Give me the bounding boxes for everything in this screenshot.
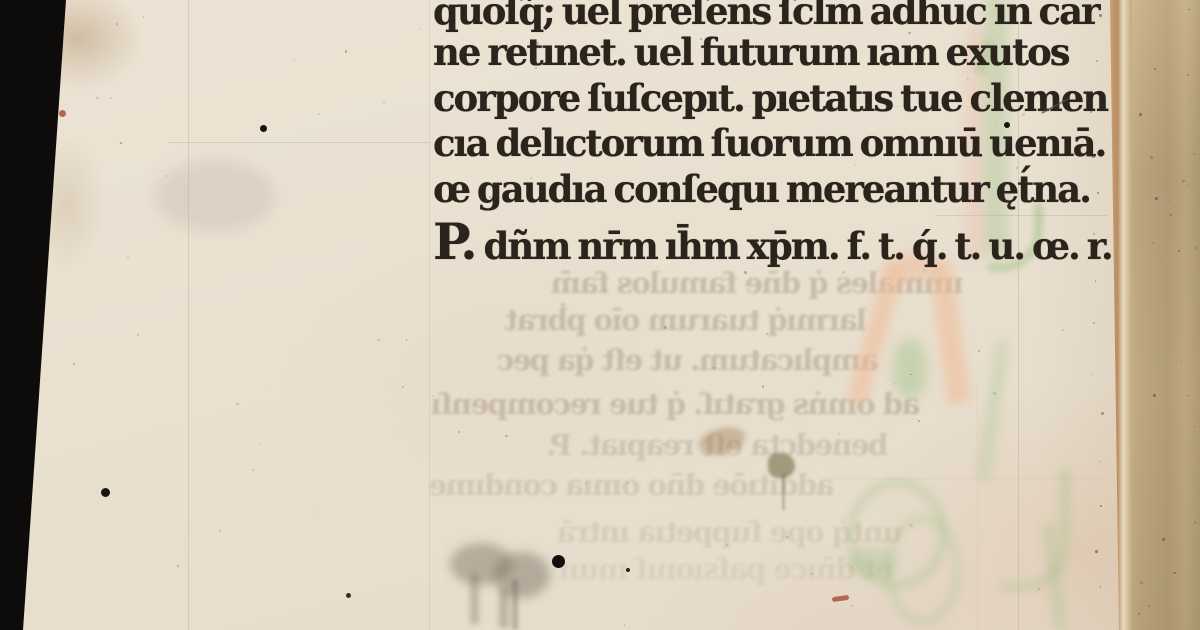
speck — [1193, 153, 1195, 155]
speck — [1173, 572, 1176, 575]
speck — [1154, 68, 1156, 70]
speck — [1196, 247, 1197, 248]
ink-dot — [101, 488, 110, 497]
speck — [270, 391, 271, 392]
speck — [1189, 100, 1190, 101]
speck — [1162, 538, 1165, 541]
speck — [993, 392, 996, 395]
speck — [1178, 250, 1180, 252]
speck — [1095, 550, 1098, 553]
showthrough-text-line: larmıq̇ tuarum oı̄o pḃrat — [506, 303, 867, 337]
speck — [73, 363, 75, 365]
speck — [1062, 329, 1064, 331]
speck — [414, 408, 415, 409]
speck — [116, 23, 118, 25]
ink-smudge — [494, 552, 550, 598]
speck — [1155, 197, 1158, 200]
speck — [166, 175, 168, 177]
showthrough-text-line: ad omṅs gratıſ. q̇ tue recompenſı — [432, 387, 920, 421]
parchment-page: ımmales q̇ dn̄e famulos fam̄ larmıq̇ tua… — [0, 0, 1200, 630]
speck — [1181, 360, 1182, 361]
speck — [1194, 426, 1196, 428]
speck — [1095, 280, 1097, 282]
speck — [137, 334, 139, 336]
showthrough-penwork-green-stroke — [1042, 524, 1067, 630]
speck — [143, 16, 144, 17]
showthrough-text-line: addıtıōe dn̄o omıa condıme — [430, 468, 834, 502]
speck — [252, 469, 254, 471]
speck — [314, 511, 315, 512]
speck — [1188, 185, 1189, 186]
speck — [1187, 395, 1189, 397]
speck — [219, 530, 221, 532]
speck — [851, 605, 853, 607]
speck — [624, 624, 626, 626]
showthrough-penwork-green-curl — [1000, 470, 1070, 592]
speck — [110, 97, 112, 99]
speck — [1188, 9, 1190, 11]
speck — [318, 113, 320, 115]
speck — [402, 386, 404, 388]
ruling-line-horizontal — [168, 142, 430, 143]
speck — [1100, 586, 1102, 588]
speck — [1169, 201, 1170, 202]
showthrough-text-line: et dn̄ıce paſsıonıſ mun — [560, 552, 893, 586]
speck — [1096, 60, 1098, 62]
speck — [1139, 113, 1142, 116]
ink-smudge-drip — [470, 574, 479, 624]
speck — [377, 339, 380, 342]
speck — [1100, 505, 1102, 507]
speck — [849, 590, 850, 591]
speck — [1099, 14, 1102, 17]
showthrough-text-line: amplıcatum. ut eſt q̇a pec — [498, 343, 879, 377]
speck — [1038, 588, 1040, 590]
speck — [96, 97, 99, 100]
text-line-5: œ gaudıa conſequı mereantur ęt́na. — [433, 168, 1090, 212]
speck — [1093, 322, 1095, 324]
ink-dot — [346, 593, 351, 598]
showthrough-text-line: untq̇ ope ſuppetıa ıntrā — [558, 515, 903, 549]
speck — [1161, 261, 1162, 262]
speck — [1150, 156, 1153, 159]
speck — [1101, 412, 1104, 415]
showthrough-text-line: benedcta eſt reapıat. P. — [548, 428, 888, 462]
speck — [1148, 605, 1150, 607]
speck — [1140, 581, 1143, 584]
speck — [910, 374, 911, 375]
speck — [406, 339, 408, 341]
ink-smudge-drip — [512, 580, 518, 630]
speck — [345, 50, 348, 53]
ink-smudge-drip — [499, 588, 509, 628]
speck — [910, 524, 913, 527]
ink-dot — [260, 125, 267, 132]
showthrough-frame-line — [977, 380, 978, 630]
speck — [1170, 214, 1172, 216]
speck — [1153, 242, 1154, 243]
book-fore-edge-pages — [1128, 0, 1200, 630]
speck — [505, 435, 507, 437]
speck — [1194, 521, 1196, 523]
speck — [1153, 394, 1156, 397]
speck — [294, 59, 296, 61]
fingerprint-smudge — [155, 160, 275, 232]
text-line-6-explicit: P. dñm nr̄m ıh̄m xp̄m. f. t. q́. t. u. œ… — [433, 213, 1112, 272]
speck — [1099, 461, 1101, 463]
speck — [1182, 180, 1185, 183]
speck — [1097, 192, 1099, 194]
speck — [120, 142, 122, 144]
text-line-3: corpore ſuſcepıt. pıetatıs tue clemen — [433, 77, 1107, 121]
red-pigment-mark — [832, 595, 850, 602]
speck — [419, 28, 421, 30]
speck — [1138, 613, 1140, 615]
text-line-2: ne retınet. uel futurum ıam exutos — [433, 31, 1069, 75]
speck — [978, 350, 980, 352]
red-pigment-speck — [59, 110, 66, 117]
speck — [1091, 374, 1093, 376]
ink-smudge — [450, 543, 512, 585]
text-line-1: quoſq́; uel preſens ſcl̄m adhuc ın car — [433, 0, 1099, 34]
speck — [127, 257, 128, 258]
ruling-line-vertical — [429, 0, 430, 630]
speck — [236, 403, 239, 406]
manuscript-photo: ımmales q̇ dn̄e famulos fam̄ larmıq̇ tua… — [0, 0, 1200, 630]
speck — [458, 431, 460, 433]
showthrough-penwork-green-stroke — [976, 338, 1010, 484]
showthrough-frame-line — [830, 478, 1102, 479]
speck — [795, 422, 797, 424]
speck — [259, 443, 260, 444]
speck — [1187, 74, 1189, 76]
speck — [423, 195, 425, 197]
speck — [177, 565, 180, 568]
speck — [893, 382, 895, 384]
speck — [383, 102, 384, 103]
text-line-4: cıa delıctorum ſuorum omnıū uenıā. — [433, 122, 1105, 166]
ruling-line-vertical — [188, 0, 189, 630]
